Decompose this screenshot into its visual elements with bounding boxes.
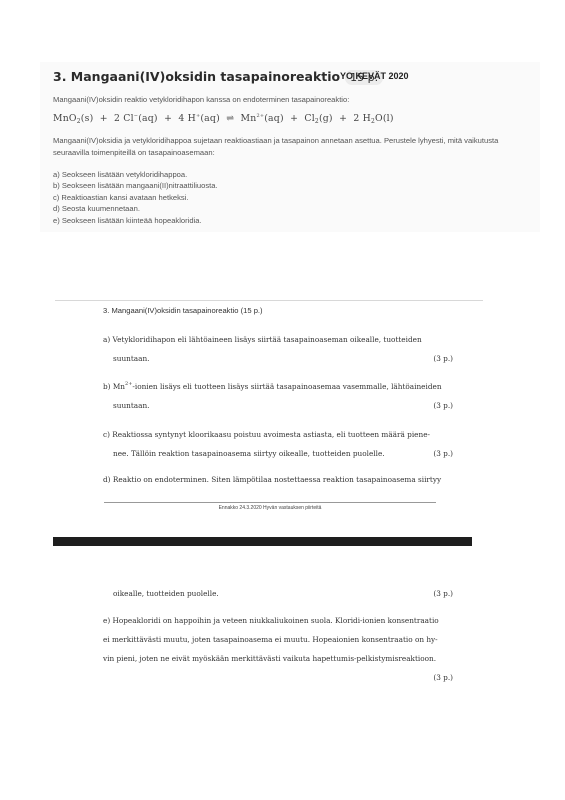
exam-label: YO KEVÄT 2020 xyxy=(340,71,409,81)
page-footer: Ennakko 24.3.2020 Hyvän vastauksen piirt… xyxy=(104,505,436,511)
question-intro: Mangaani(IV)oksidin reaktio vetykloridih… xyxy=(53,95,533,104)
answer-b: b) Mn2+-ionien lisäys eli tuotteen lisäy… xyxy=(103,377,453,415)
points-label: (3 p.) xyxy=(433,396,453,415)
points-label: (3 p.) xyxy=(433,668,453,687)
answer-sheet-title: 3. Mangaani(IV)oksidin tasapainoreaktio … xyxy=(103,306,263,315)
question-title: 3. Mangaani(IV)oksidin tasapainoreaktio1… xyxy=(53,69,383,85)
question-part-d: d) Seosta kuumennetaan. xyxy=(53,203,218,214)
answer-d-continued: oikealle, tuotteiden puolelle.(3 p.) xyxy=(103,584,453,603)
points-label: (3 p.) xyxy=(433,584,453,603)
answer-c: c) Reaktiossa syntynyt kloorikaasu poist… xyxy=(103,425,453,463)
equilibrium-arrow-icon: ⇌ xyxy=(226,113,234,124)
question-part-b: b) Seokseen lisätään mangaani(II)nitraat… xyxy=(53,180,218,191)
question-part-a: a) Seokseen lisätään vetykloridihappoa. xyxy=(53,169,218,180)
page-break-bar xyxy=(53,537,472,546)
footer-divider xyxy=(104,502,436,503)
question-part-c: c) Reaktioastian kansi avataan hetkeksi. xyxy=(53,192,218,203)
question-part-e: e) Seokseen lisätään kiinteää hopeaklori… xyxy=(53,215,218,226)
reaction-equation: MnO2(s) + 2 Cl−(aq) + 4 H+(aq) ⇌ Mn2+(aq… xyxy=(53,113,394,124)
points-label: (3 p.) xyxy=(433,349,453,368)
question-title-text: 3. Mangaani(IV)oksidin tasapainoreaktio xyxy=(53,69,340,84)
answer-e: e) Hopeakloridi on happoihin ja veteen n… xyxy=(103,611,453,687)
question-parts: a) Seokseen lisätään vetykloridihappoa. … xyxy=(53,169,218,226)
question-panel: 3. Mangaani(IV)oksidin tasapainoreaktio1… xyxy=(40,62,540,232)
answer-a: a) Vetykloridihapon eli lähtöaineen lisä… xyxy=(103,330,453,368)
question-task: Mangaani(IV)oksidia ja vetykloridihappoa… xyxy=(53,135,533,159)
answer-d-line1: d) Reaktio on endoterminen. Siten lämpöt… xyxy=(103,470,453,489)
page-top-divider xyxy=(55,300,483,301)
points-label: (3 p.) xyxy=(433,444,453,463)
